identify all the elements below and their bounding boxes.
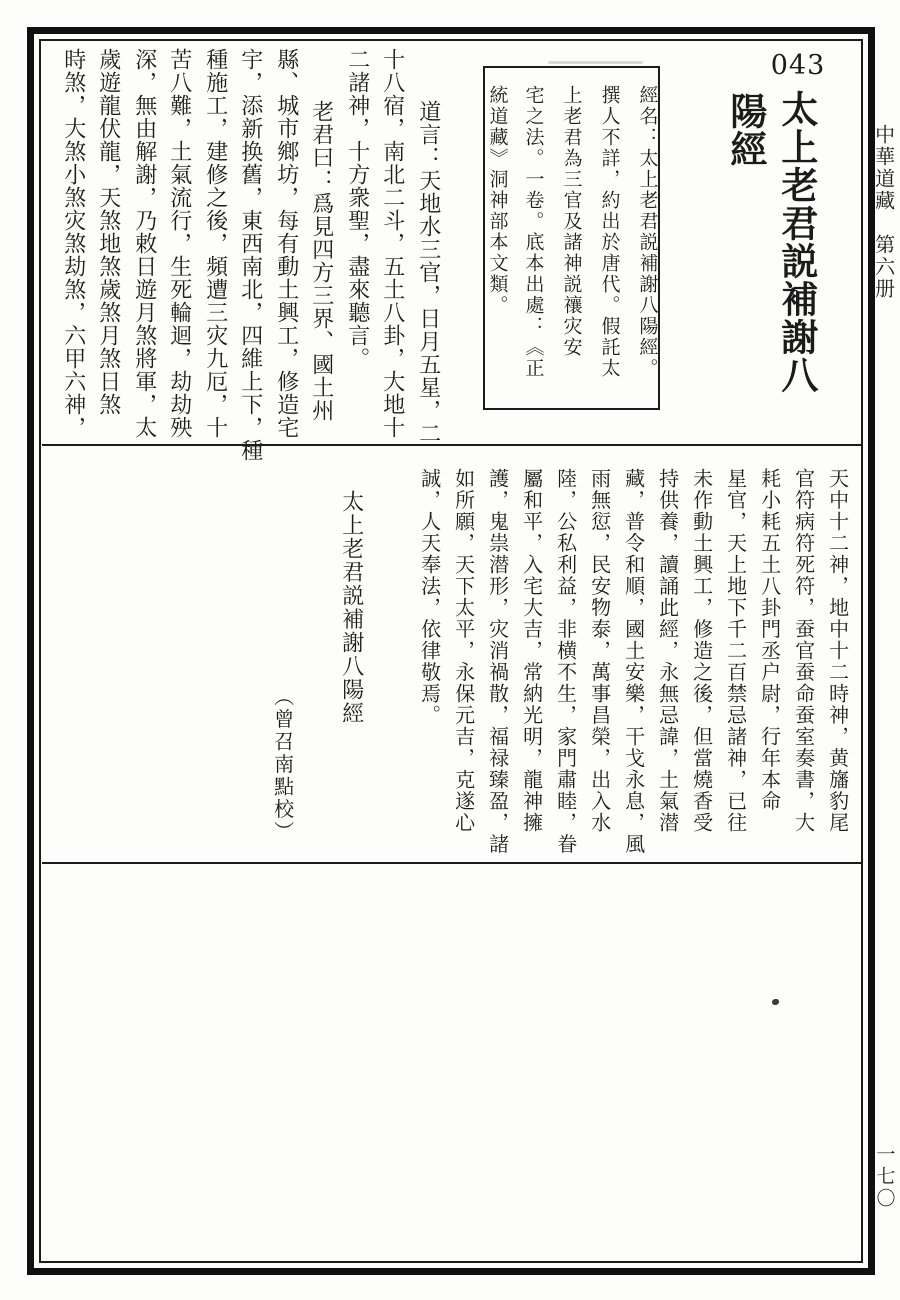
text-column: 持供養，讀誦此經，永無忌諱，土氣潜: [656, 468, 678, 834]
text-column: 時煞，大煞小煞灾煞劫煞，六甲六神，: [61, 48, 85, 439]
text-column: 陸，公私利益，非横不生，家門肅睦，眷: [554, 468, 576, 855]
page-number: 一七〇: [874, 1144, 895, 1210]
catalog-number: 043: [766, 50, 830, 81]
text-column: 宇，添新换舊，東西南北，四維上下，種: [238, 48, 262, 462]
description-column: 上老君為三官及諸神説禳灾安: [561, 85, 582, 358]
text-column: 耗小耗五土八卦門丞户尉，行年本命: [758, 468, 780, 812]
description-column: 經名：太上老君説補謝八陽經。: [637, 85, 658, 379]
text-column: 護，鬼祟潜形，灾消禍散，福禄臻盈，諸: [486, 468, 508, 855]
proofreader-credit: （曾召南點校）: [271, 686, 293, 844]
end-title: 太上老君説補謝八陽經: [339, 490, 363, 725]
text-column: 種施工，建修之後，頻遭三灾九厄，十: [203, 48, 227, 439]
text-column: 歲遊龍伏龍，天煞地煞歲煞月煞日煞: [96, 48, 120, 416]
text-column: 誠，人天奉法，依律敬焉。: [418, 468, 440, 726]
description-column: 撰人不詳，約出於唐代。假託太: [599, 85, 620, 379]
ink-speck: [772, 999, 779, 1005]
text-column: 深，無由解謝，乃敕日遊月煞將軍，太: [132, 48, 156, 439]
description-column: 宅之法。一卷。底本出處：《正: [523, 85, 544, 379]
text-column: 苦八難，土氣流行，生死輪迴，劫劫殃: [167, 48, 191, 439]
text-column: 道言：天地水三官，日月五星，二: [416, 100, 440, 445]
text-column: 天中十二神，地中十二時神，黄旛豹尾: [826, 468, 848, 834]
scan-artifact: [548, 61, 643, 64]
text-column: 縣、城市鄉坊，每有動土興工，修造宅: [274, 48, 298, 439]
text-column: 二諸神，十方衆聖，盡來聽言。: [345, 48, 369, 370]
description-column: 統道藏》洞神部本文類。: [487, 85, 508, 316]
section-divider: [42, 862, 861, 864]
text-column: 屬和平，入宅大吉，常納光明，龍神擁: [520, 468, 542, 834]
scripture-title-line1: 太上老君説補謝八: [777, 90, 816, 394]
scripture-title-line2: 陽經: [726, 92, 765, 168]
text-column: 官符病符死符，蚕官蚕命蚕室奏書，大: [792, 468, 814, 834]
text-column: 未作動土興工，修造之後，但當燒香受: [690, 468, 712, 834]
section-divider: [42, 444, 861, 446]
text-column: 十八宿，南北二斗，五土八卦，大地十: [380, 48, 404, 439]
text-column: 雨無愆，民安物泰，萬事昌榮，出入水: [588, 468, 610, 834]
volume-label: 中華道藏 第六册: [872, 124, 894, 300]
text-column: 老君曰：爲見四方三界、國土州: [309, 100, 333, 422]
text-column: 星官，天上地下千二百禁忌諸神，已往: [724, 468, 746, 834]
description-box: 經名：太上老君説補謝八陽經。 撰人不詳，約出於唐代。假託太 上老君為三官及諸神説…: [483, 66, 660, 410]
text-column: 藏，普令和順，國土安樂，干戈永息，風: [622, 468, 644, 855]
text-column: 如所願，天下太平，永保元吉，克遂心: [452, 468, 474, 834]
